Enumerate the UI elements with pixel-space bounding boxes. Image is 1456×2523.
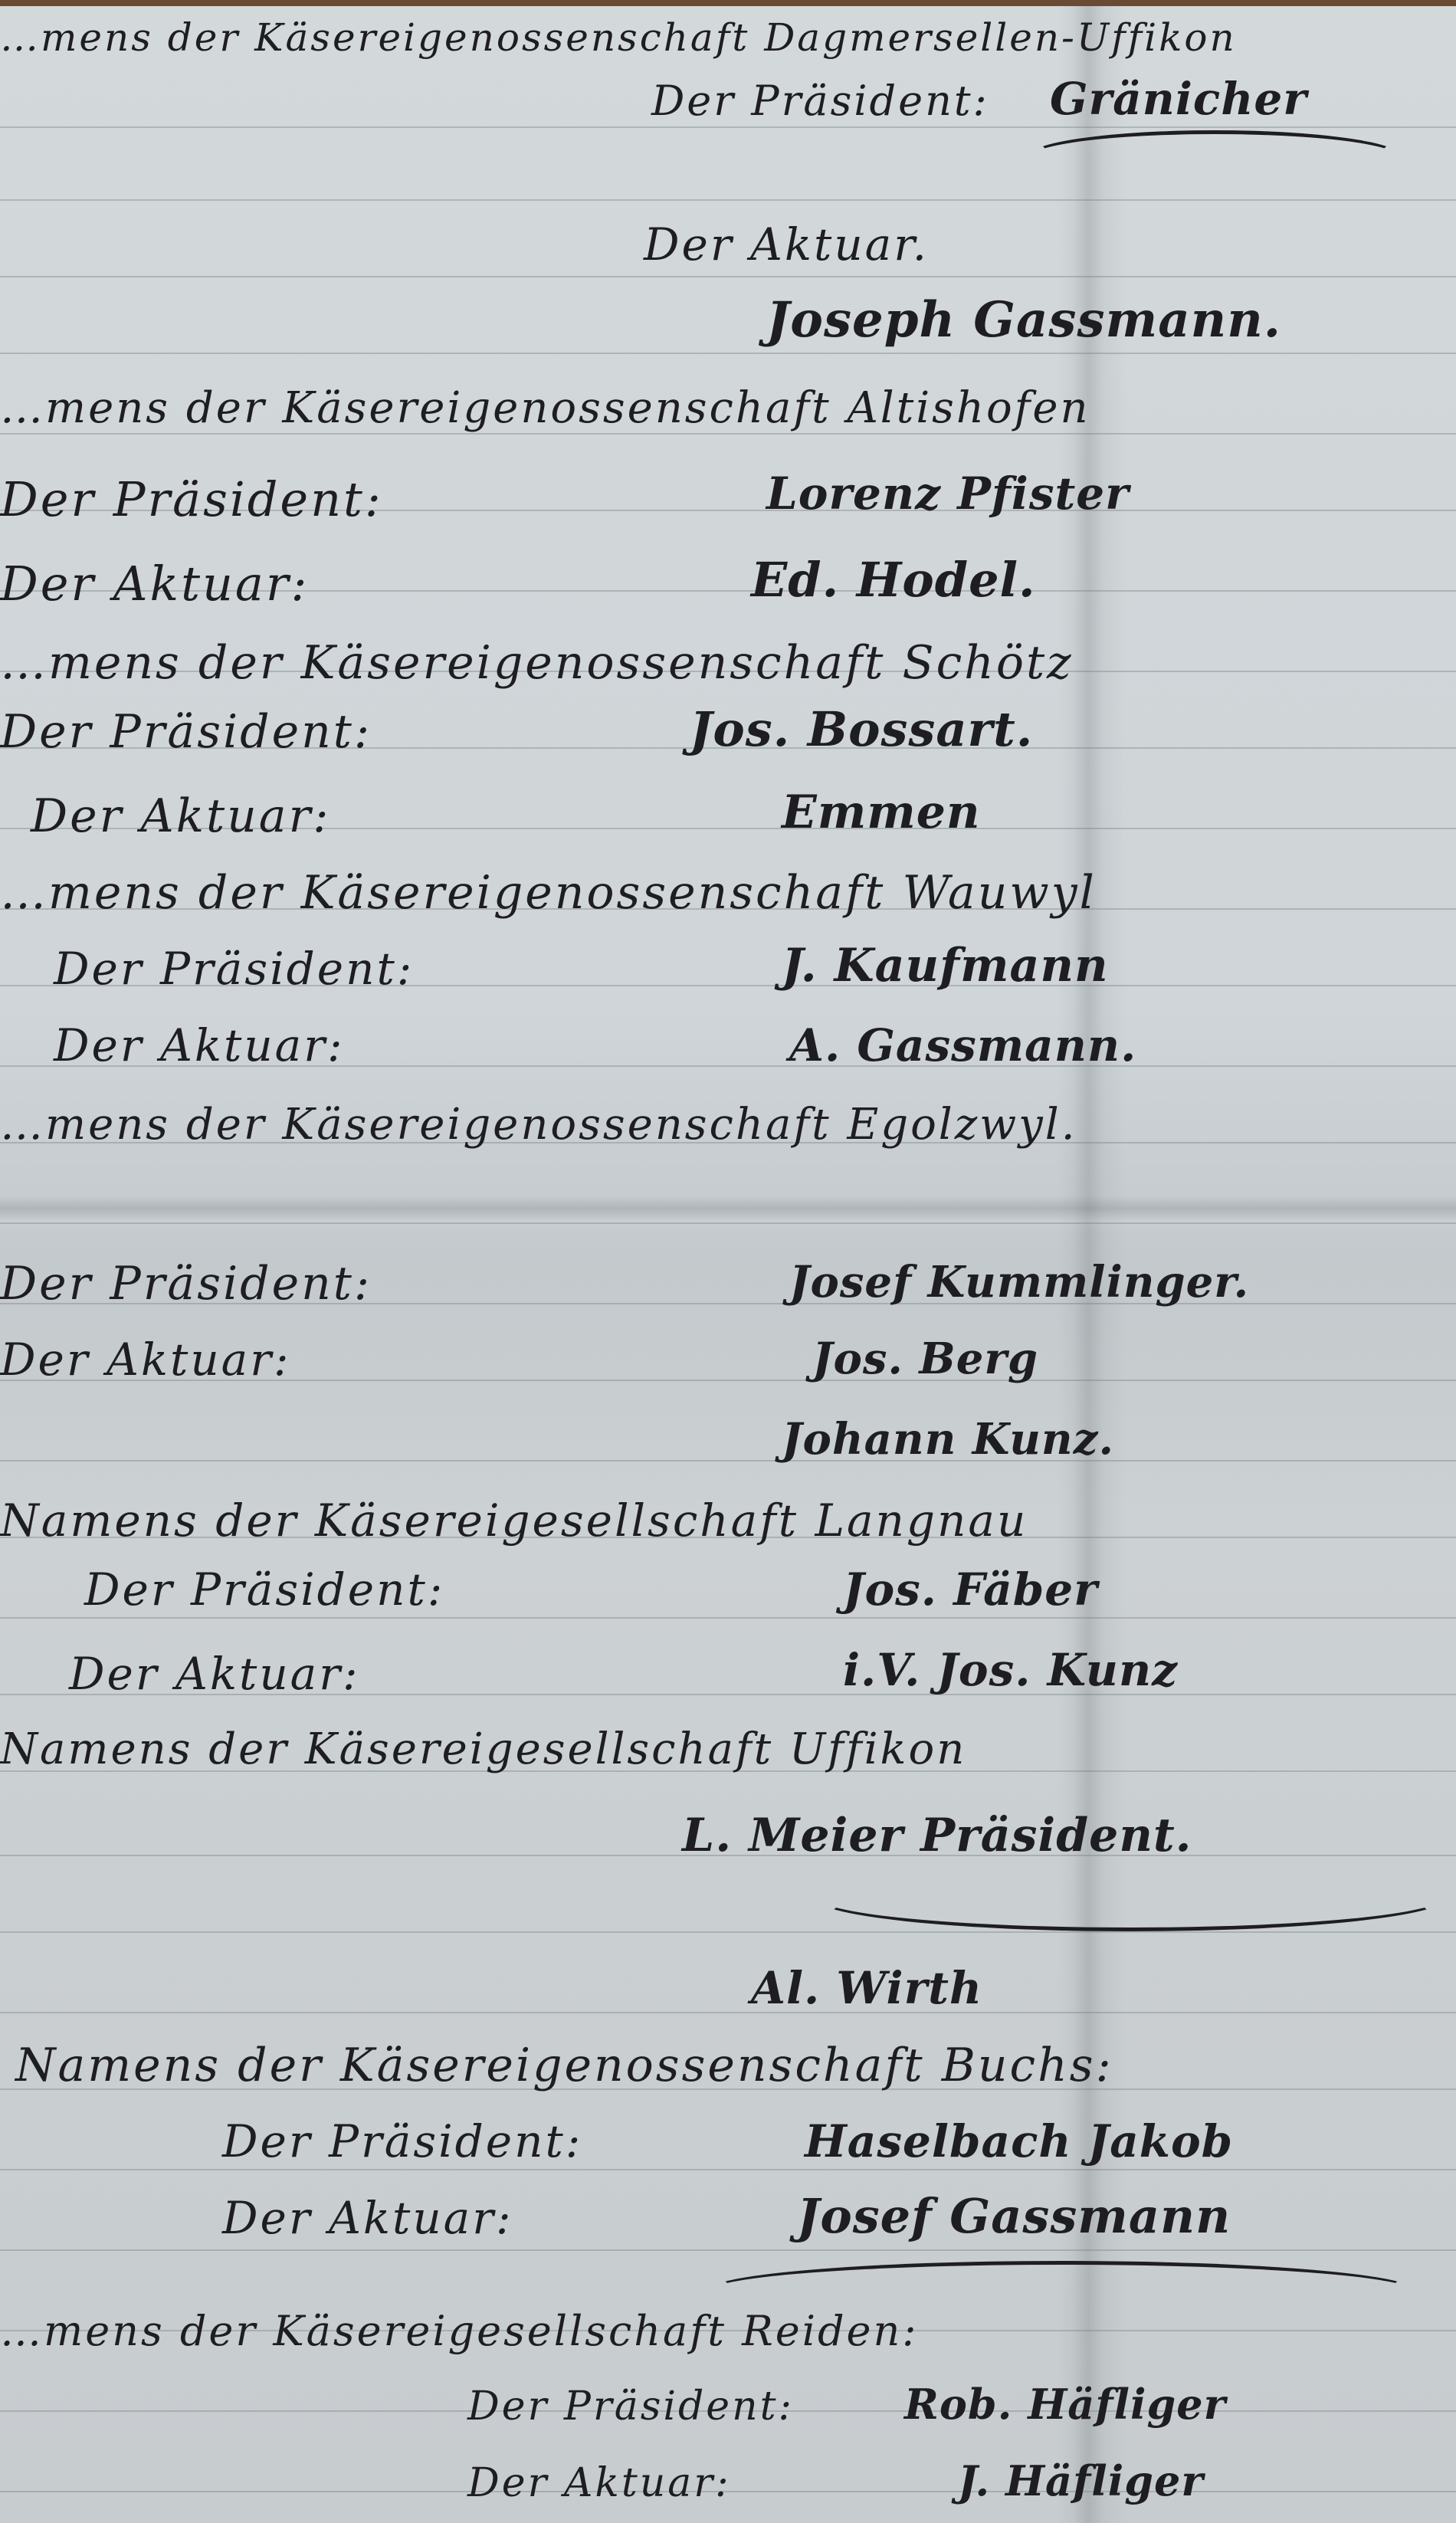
actuary-label: Der Aktuar: [54,1019,345,1071]
actuary-label: Der Aktuar: [222,2192,513,2244]
actuary-label: Der Aktuar: [0,1334,291,1386]
president-label: Der Präsident: [54,943,414,995]
actuary-label: Der Aktuar: [0,556,309,612]
actuary-signature: Emmen [782,786,981,839]
actuary-label: Der Aktuar: [69,1648,360,1700]
president-signature: J. Kaufmann [782,939,1109,992]
actuary-signature: Al. Wirth [751,1962,982,2014]
actuary-signature: Joseph Gassmann. [766,291,1281,349]
actuary-signature: Josef Gassmann [797,2188,1231,2244]
cooperative-line: Namens der Käsereigesellschaft Uffikon [0,1724,966,1774]
ruled-line [0,126,1456,128]
ruled-line [0,433,1456,435]
actuary-label: Der Aktuar. [644,218,929,271]
president-signature: Haselbach Jakob [805,2115,1233,2167]
signature-flourish [812,1862,1448,1931]
cooperative-line: …mens der Käsereigenossenschaft Dagmerse… [0,15,1237,60]
actuary-signature: Ed. Hodel. [751,552,1036,608]
ruled-line [0,1931,1456,1933]
ruled-line [0,1222,1456,1224]
ruled-line [0,1460,1456,1462]
president-signature: Lorenz Pfister [766,468,1130,520]
cooperative-line: …mens der Käsereigenossenschaft Schötz [0,636,1074,690]
actuary-signature: J. Häfliger [958,2456,1204,2505]
cooperative-line: Namens der Käsereigenossenschaft Buchs: [15,2039,1113,2092]
document-page: …mens der Käsereigenossenschaft Dagmerse… [0,0,1456,2523]
president-label: Der Präsident: [222,2115,582,2167]
ruled-line [0,1617,1456,1619]
president-signature: Gränicher [1050,73,1307,125]
president-signature: L. Meier Präsident. [682,1809,1192,1862]
president-signature: Rob. Häfliger [904,2380,1226,2429]
president-label: Der Präsident: [0,1257,372,1311]
actuary-label: Der Aktuar: [467,2460,731,2506]
president-label: Der Präsident: [0,705,372,759]
horizontal-fold-crease [0,1196,1456,1234]
signature-flourish [1027,130,1402,184]
additional-signature: Johann Kunz. [782,1414,1114,1465]
president-signature: Josef Kummlinger. [789,1257,1249,1307]
cooperative-line: …mens der Käsereigenossenschaft Wauwyl [0,866,1097,920]
cooperative-line: …mens der Käsereigenossenschaft Altishof… [0,383,1090,433]
ruled-line [0,276,1456,277]
ruled-line [0,353,1456,354]
cooperative-line: …mens der Käsereigesellschaft Reiden: [0,2307,918,2355]
ruled-line [0,2249,1456,2251]
president-label: Der Präsident: [651,77,989,125]
paper-top-edge [0,0,1456,6]
ruled-line [0,199,1456,201]
president-label: Der Präsident: [467,2384,794,2429]
actuary-signature: A. Gassmann. [789,1019,1136,1071]
ruled-line [0,2012,1456,2013]
actuary-signature: i.V. Jos. Kunz [843,1644,1178,1696]
president-signature: Jos. Bossart. [690,701,1033,757]
actuary-label: Der Aktuar: [31,789,330,843]
president-signature: Jos. Fäber [843,1563,1098,1616]
president-label: Der Präsident: [84,1563,444,1616]
actuary-signature: Jos. Berg [812,1334,1038,1384]
cooperative-line: …mens der Käsereigenossenschaft Egolzwyl… [0,1100,1077,1150]
president-label: Der Präsident: [0,471,383,527]
cooperative-line: Namens der Käsereigesellschaft Langnau [0,1494,1028,1547]
ruled-line [0,2169,1456,2170]
